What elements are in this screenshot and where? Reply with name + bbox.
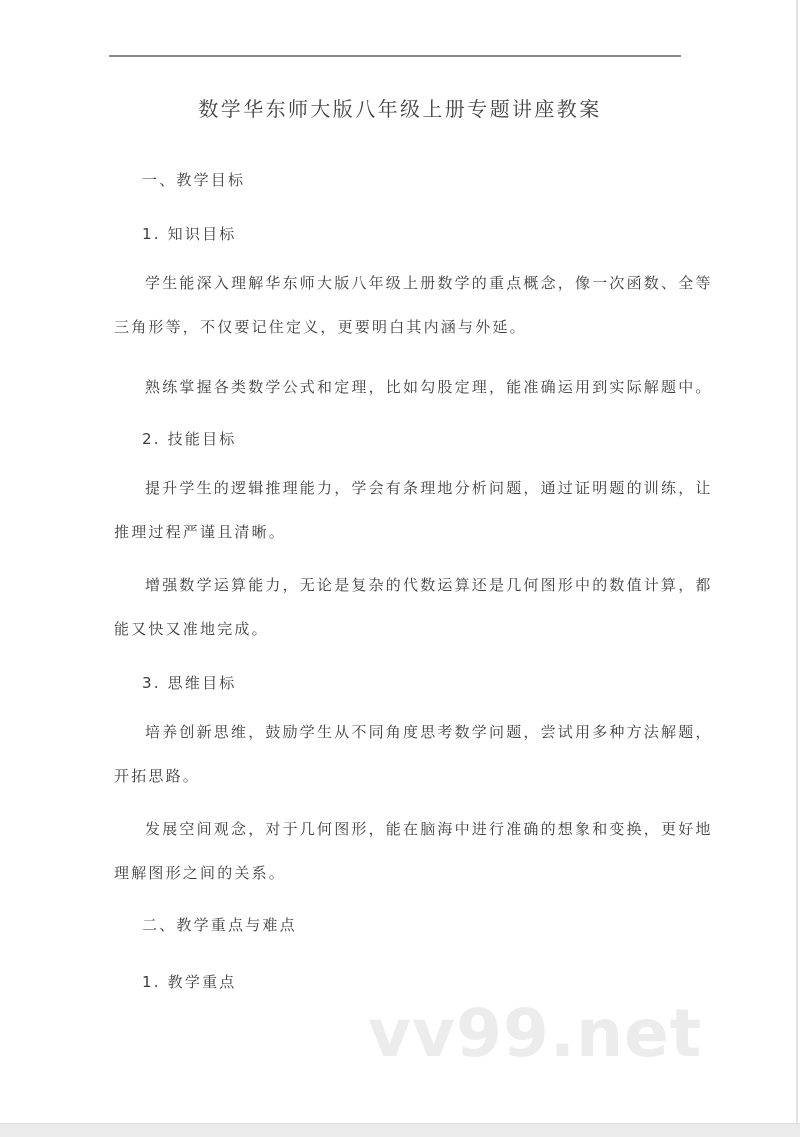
subheading-teaching-key-points: 1. 教学重点 <box>142 971 236 992</box>
watermark: vv99.net <box>368 995 702 1072</box>
paragraph-line: 提升学生的逻辑推理能力，学会有条理地分析问题，通过证明题的训练，让 <box>145 477 690 498</box>
paragraph-line: 发展空间观念，对于几何图形，能在脑海中进行准确的想象和变换，更好地 <box>145 818 690 839</box>
subheading-thinking-objectives: 3. 思维目标 <box>142 672 236 693</box>
section-heading-teaching-objectives: 一、教学目标 <box>142 169 245 190</box>
paragraph-line: 能又快又准地完成。 <box>114 618 269 639</box>
paragraph-line: 推理过程严谨且清晰。 <box>114 521 286 542</box>
section-heading-key-points-difficulties: 二、教学重点与难点 <box>142 914 297 935</box>
paragraph-line: 理解图形之间的关系。 <box>114 862 286 883</box>
subheading-skill-objectives: 2. 技能目标 <box>142 428 236 449</box>
paragraph-line: 培养创新思维，鼓励学生从不同角度思考数学问题，尝试用多种方法解题， <box>145 721 690 742</box>
page-edge <box>796 0 798 1124</box>
paragraph-line: 熟练掌握各类数学公式和定理，比如勾股定理，能准确运用到实际解题中。 <box>145 376 690 397</box>
paragraph-line: 开拓思路。 <box>114 765 200 786</box>
paragraph-line: 学生能深入理解华东师大版八年级上册数学的重点概念，像一次函数、全等 <box>145 272 690 293</box>
paragraph-line: 增强数学运算能力，无论是复杂的代数运算还是几何图形中的数值计算，都 <box>145 574 690 595</box>
header-rule <box>109 55 681 57</box>
page-bottom-edge <box>0 1123 800 1137</box>
subheading-knowledge-objectives: 1. 知识目标 <box>142 223 236 244</box>
paragraph-line: 三角形等，不仅要记住定义，更要明白其内涵与外延。 <box>114 316 527 337</box>
document-title: 数学华东师大版八年级上册专题讲座教案 <box>0 93 800 122</box>
